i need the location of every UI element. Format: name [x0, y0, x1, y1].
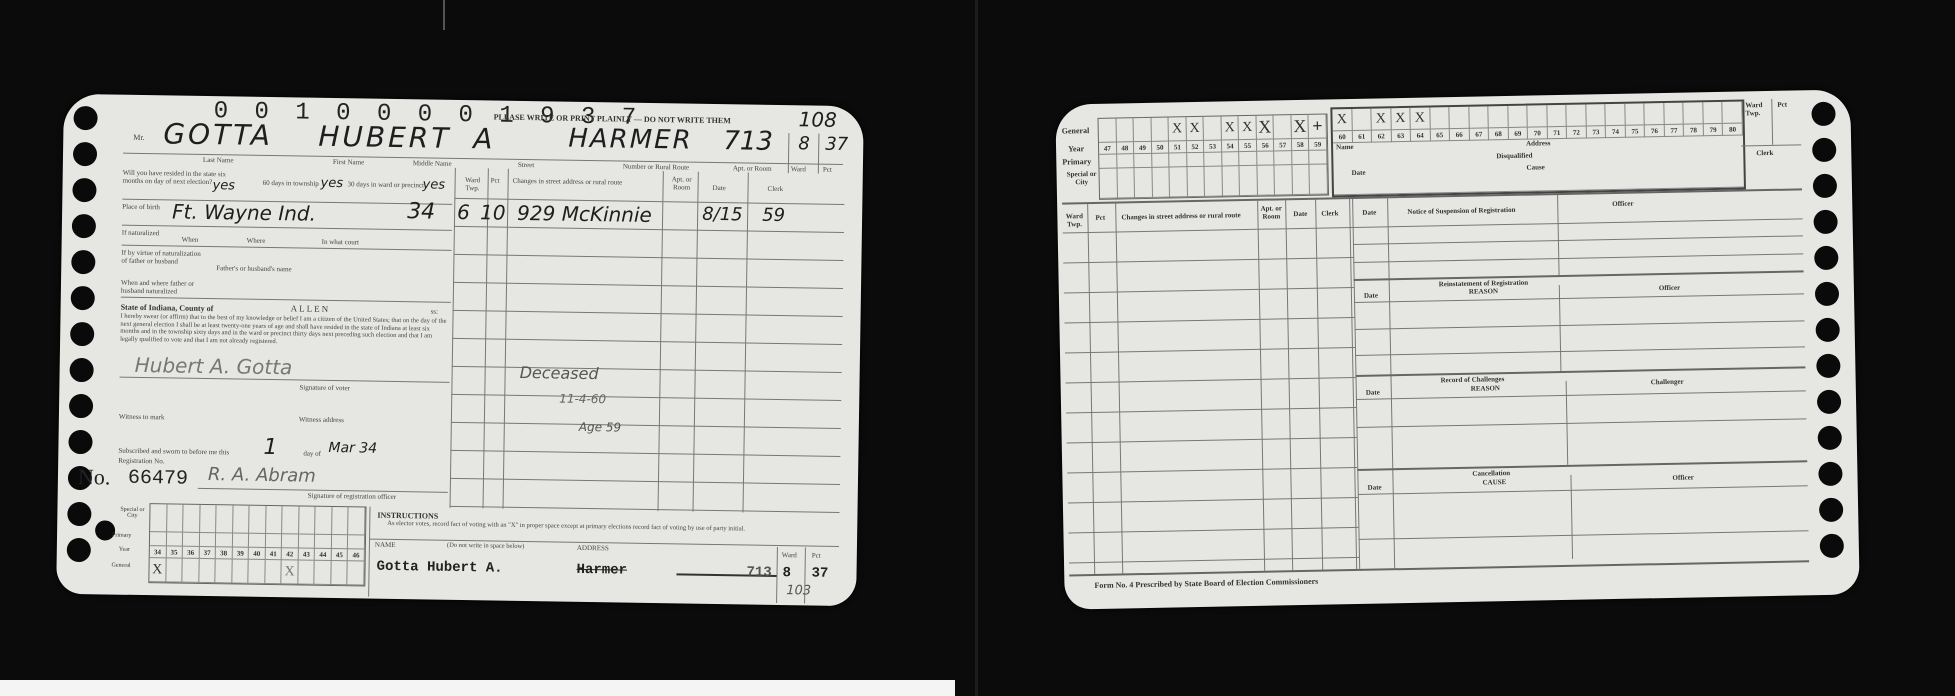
last-name: GOTTA [163, 117, 273, 152]
punch-hole [67, 538, 91, 562]
rule [1354, 270, 1804, 281]
rule [1357, 460, 1807, 471]
label-place-of-birth: Place of birth [122, 203, 162, 212]
year-cell: 54 [1222, 140, 1240, 152]
general-mark: X [1371, 108, 1391, 130]
label-address: Address [1526, 139, 1551, 147]
year-cell: 40 [249, 548, 266, 560]
rule [1355, 366, 1805, 377]
place-of-birth: Ft. Wayne Ind. [172, 199, 316, 225]
year-cell: 55 [1239, 140, 1257, 152]
punch-hole [68, 430, 92, 454]
rule [1741, 144, 1801, 146]
film-frame-divider [975, 0, 978, 696]
general-mark: X [1291, 115, 1309, 139]
punch-hole [67, 502, 91, 526]
year-cell: 50 [1152, 141, 1170, 153]
general-mark: X [1239, 116, 1257, 140]
typed-street: Harmer [576, 562, 627, 579]
label-witness-mark: Witness to mark [119, 413, 165, 422]
row-label-general: General [1062, 126, 1090, 136]
rule [1353, 253, 1803, 263]
col-header-clerk: Clerk [768, 185, 784, 193]
label-pct-bottom: Pct [812, 552, 821, 560]
rule [1285, 200, 1293, 570]
rule [453, 310, 843, 317]
row-label-general: General [112, 563, 131, 569]
rule [121, 297, 451, 303]
col-header-date: Date [1293, 210, 1307, 218]
rule [1353, 235, 1803, 245]
general-mark [1099, 119, 1117, 143]
year-cell: 66 [1450, 129, 1470, 141]
rule [1115, 204, 1123, 574]
rule [1358, 485, 1808, 495]
punch-hole [73, 106, 97, 130]
label-last-name: Last Name [203, 156, 234, 164]
cancellation-date-header: Date [1368, 483, 1382, 491]
label-court: In what court [322, 238, 359, 247]
year-cell: 60 [1333, 131, 1353, 143]
general-mark [1274, 115, 1292, 139]
year-cell: 75 [1626, 125, 1646, 137]
punch-hole [1811, 102, 1835, 126]
ward-value: 8 [798, 133, 810, 154]
general-mark [1116, 118, 1134, 142]
voting-grid-right: X X X X 60 61 62 63 64 65 66 67 68 69 70… [1330, 99, 1746, 197]
title-prefix: Mr. [133, 133, 144, 142]
street-name: HARMER [568, 124, 693, 156]
row-label-primary: Primary [112, 533, 131, 539]
punch-hole [72, 214, 96, 238]
general-mark: X [1186, 117, 1204, 141]
deceased-note: Deceased [520, 363, 599, 383]
rule [1355, 320, 1805, 330]
rule [451, 422, 841, 429]
label-ward-top: Ward Twp. [1745, 101, 1773, 118]
year-cell: 76 [1645, 125, 1665, 137]
rule [1355, 346, 1805, 356]
sworn-month-year: Mar 34 [328, 440, 377, 457]
registration-no-mark: No. [78, 464, 111, 491]
registration-card-front: 0 0 1 0 0 0 0 1 9 3 7 PLEASE WRITE OR PR… [56, 94, 864, 607]
year-cell: 35 [166, 546, 183, 558]
rule [1067, 437, 1357, 444]
year-cell: 71 [1547, 127, 1567, 139]
cancellation-cause-header: CAUSE [1482, 478, 1506, 486]
general-mark: X [1332, 109, 1352, 131]
year-cell: 62 [1372, 130, 1392, 142]
reinstatement-officer-header: Officer [1659, 284, 1681, 292]
rule [1257, 201, 1265, 571]
year-cell: 80 [1723, 123, 1743, 135]
rule [450, 478, 840, 485]
typed-ward: 8 [782, 565, 791, 581]
col-header-ward: Ward Twp. [1061, 212, 1087, 228]
general-mark: + [1309, 114, 1327, 138]
label-officer-signature: Signature of registration officer [308, 492, 396, 501]
suspension-date-header: Date [1362, 209, 1376, 217]
label-when: When [182, 236, 199, 244]
card-top-number: 108 [798, 107, 837, 132]
punch-hole [1815, 282, 1839, 306]
reinstatement-reason-header: REASON [1469, 287, 1498, 296]
age: 34 [407, 199, 435, 224]
instructions-text: As elector votes, record fact of voting … [387, 520, 807, 535]
rule [451, 394, 841, 401]
challenges-reason-header: REASON [1471, 384, 1500, 393]
punch-hole [1813, 210, 1837, 234]
label-date: Date [1352, 169, 1366, 177]
label-where: Where [247, 237, 266, 245]
year-cell: 41 [265, 548, 282, 560]
rule [450, 506, 840, 513]
row-label-primary: Primary [1062, 157, 1091, 167]
rule [1069, 557, 1359, 564]
col-header-pct: Pct [491, 176, 500, 184]
suspension-officer-header: Officer [1612, 200, 1634, 208]
punch-hole [70, 322, 94, 346]
rule [1356, 418, 1806, 428]
punch-hole [1816, 354, 1840, 378]
general-mark: X [1391, 108, 1411, 130]
general-mark [1204, 116, 1222, 140]
row-label-special: Special or City [1062, 170, 1100, 187]
year-cell: 69 [1508, 128, 1528, 140]
punch-hole [1817, 390, 1841, 414]
label-father-when-where: When and where father or husband natural… [121, 279, 211, 296]
cancellation-officer-header: Officer [1672, 473, 1694, 481]
punch-hole [71, 250, 95, 274]
rule [122, 225, 452, 231]
label-clerk-top: Clerk [1756, 149, 1773, 157]
punch-hole [1814, 246, 1838, 270]
punch-hole [69, 394, 93, 418]
suspension-title: Notice of Suspension of Registration [1407, 206, 1515, 216]
challenges-date-header: Date [1366, 389, 1380, 397]
year-cell: 36 [183, 547, 200, 559]
change-clerk: 59 [762, 205, 785, 226]
col-header-ward: Ward Twp. [458, 176, 486, 192]
label-sworn: Subscribed and sworn to before me this [118, 447, 229, 457]
voter-signature: Hubert A. Gotta [135, 353, 293, 379]
col-header-apt: Apt. or Room [1258, 204, 1284, 220]
first-name: HUBERT [318, 120, 452, 155]
middle-name: A [473, 122, 493, 155]
change-date: 8/15 [702, 204, 743, 226]
label-address: ADDRESS [577, 544, 609, 553]
age-note: Age 59 [579, 420, 622, 435]
challenges-title: Record of Challenges [1441, 375, 1505, 384]
punch-hole [69, 358, 93, 382]
general-mark [1151, 118, 1169, 142]
form-footer: Form No. 4 Prescribed by State Board of … [1094, 577, 1318, 590]
house-number: 713 [723, 126, 773, 157]
year-cell: 34 [150, 546, 167, 558]
officer-signature: R. A. Abram [208, 464, 316, 487]
year-cell: 58 [1292, 139, 1310, 151]
oath-ss: ss: [431, 308, 439, 316]
label-apt: Apt. or Room [733, 164, 772, 173]
label-ward: Ward [791, 165, 806, 173]
label-middle-name: Middle Name [413, 159, 452, 168]
punch-hole [1815, 318, 1839, 342]
year-cell: 39 [232, 547, 249, 559]
pct-value: 37 [825, 134, 848, 155]
rule [1065, 347, 1355, 354]
label-cause: Cause [1526, 163, 1544, 171]
year-cell: 79 [1704, 124, 1724, 136]
death-date-note: 11-4-60 [559, 392, 606, 407]
rule [818, 134, 820, 174]
punch-hole [1813, 174, 1837, 198]
rule [452, 366, 842, 373]
year-cell: 53 [1204, 140, 1222, 152]
year-cell: 77 [1665, 125, 1685, 137]
rule [1315, 200, 1323, 570]
rule [1068, 497, 1358, 504]
label-number: Number or Rural Route [623, 163, 689, 172]
rule [1557, 195, 1560, 275]
year-cell: 64 [1411, 129, 1431, 141]
typed-number: 713 [746, 565, 771, 581]
label-pct: Pct [823, 166, 832, 174]
label-first-name: First Name [333, 158, 364, 166]
rule [1570, 475, 1573, 559]
year-cell: 38 [216, 547, 233, 559]
year-cell: 65 [1430, 129, 1450, 141]
row-label-year: Year [1068, 144, 1084, 153]
year-cell: 59 [1309, 138, 1327, 150]
residence-township-answer: yes [320, 176, 343, 191]
label-pct-top: Pct [1777, 101, 1787, 109]
rule [1066, 377, 1356, 384]
rule [453, 282, 843, 289]
year-cell: 73 [1587, 126, 1607, 138]
rule [788, 133, 790, 173]
year-cell: 46 [348, 549, 365, 561]
rule [1068, 527, 1358, 534]
year-cell: 47 [1099, 143, 1117, 155]
oath-state-county: State of Indiana, County of [121, 303, 214, 313]
punch-hole [1820, 534, 1844, 558]
general-mark: X [282, 560, 299, 584]
registration-number: 66479 [128, 467, 188, 491]
label-voter-signature: Signature of voter [299, 383, 350, 392]
punch-hole [72, 178, 96, 202]
punch-hole [1812, 138, 1836, 162]
col-header-clerk: Clerk [1321, 209, 1338, 217]
general-mark: X [1169, 117, 1187, 141]
year-cell: 48 [1116, 142, 1134, 154]
rule [1353, 218, 1803, 228]
punch-hole [1819, 498, 1843, 522]
year-cell: 67 [1469, 128, 1489, 140]
year-cell: 44 [315, 549, 332, 561]
general-mark: X [149, 558, 166, 582]
label-naturalization-father: If by virtue of naturalization of father… [121, 249, 206, 266]
year-cell: 45 [332, 549, 349, 561]
label-naturalized: If naturalized [122, 229, 160, 238]
year-cell: 56 [1257, 139, 1275, 151]
voting-record-grid: 34 35 36 37 38 39 40 41 42 43 44 45 46 X… [148, 503, 366, 586]
label-disqualified: Disqualified [1496, 152, 1532, 161]
row-label-special: Special or City [115, 507, 149, 520]
label-ward-bottom: Ward [782, 551, 797, 559]
year-cell: 42 [282, 548, 299, 560]
col-header-date: Date [713, 184, 726, 192]
punch-hole [73, 142, 97, 166]
general-mark: X [1221, 116, 1239, 140]
label-name: NAME [375, 541, 396, 549]
rule [452, 338, 842, 345]
label-witness-address: Witness address [299, 415, 344, 424]
sworn-day: 1 [263, 435, 277, 460]
label-father-name: Father's or husband's name [216, 264, 292, 273]
rule [453, 254, 843, 261]
row-label-year: Year [119, 547, 130, 553]
rule [1067, 467, 1357, 474]
change-ward: 6 [457, 200, 470, 224]
punch-hole [1818, 426, 1842, 450]
general-mark: X [1256, 115, 1274, 139]
film-scratch [443, 0, 445, 30]
year-cell: 37 [199, 547, 216, 559]
rule [1066, 407, 1356, 414]
year-cell: 72 [1567, 126, 1587, 138]
rule [1087, 204, 1095, 574]
cancellation-title: Cancellation [1472, 469, 1510, 478]
col-header-apt: Apt. or Room [667, 175, 697, 191]
col-header-address: Changes in street address or rural route [513, 177, 623, 187]
voting-grid-left: X X X X X X + 47 48 49 50 51 52 53 54 55… [1097, 113, 1329, 199]
rule [1356, 390, 1806, 400]
label-name: Name [1336, 143, 1354, 151]
rule [1354, 293, 1804, 303]
handwritten-extra-number: 103 [786, 583, 811, 598]
label-registration-no: Registration No. [118, 457, 164, 466]
label-street: Street [518, 161, 534, 169]
year-cell: 49 [1134, 142, 1152, 154]
general-mark [1134, 118, 1152, 142]
col-header-pct: Pct [1095, 214, 1105, 222]
challenges-challenger-header: Challenger [1651, 378, 1684, 387]
punch-hole [71, 286, 95, 310]
rule [368, 507, 370, 597]
rule [1063, 227, 1353, 234]
year-cell: 74 [1606, 126, 1626, 138]
year-cell: 70 [1528, 127, 1548, 139]
year-cell: 61 [1352, 131, 1372, 143]
typed-pct: 37 [811, 566, 828, 582]
year-cell: 63 [1391, 130, 1411, 142]
year-cell: 51 [1169, 141, 1187, 153]
rule [1359, 530, 1809, 540]
year-cell: 52 [1187, 141, 1205, 153]
oath-text: I hereby swear (or affirm) that to the b… [120, 313, 450, 348]
rule [1064, 317, 1354, 324]
year-cell: 68 [1489, 128, 1509, 140]
general-mark: X [1410, 107, 1430, 129]
punch-hole [1818, 462, 1842, 486]
film-edge-strip [0, 680, 955, 696]
rule [1387, 198, 1395, 568]
reinstatement-date-header: Date [1364, 292, 1378, 300]
label-do-not-write: (Do not write in space below) [447, 542, 525, 550]
rule [450, 450, 840, 457]
registration-card-back: General Year Primary Special or City X X… [1055, 89, 1860, 609]
residence-ward-answer: yes [422, 177, 445, 192]
label-day-of: day of [303, 450, 321, 458]
col-header-address: Changes in street address or rural route [1121, 211, 1240, 221]
year-cell: 78 [1684, 124, 1704, 136]
rule [1064, 287, 1354, 294]
change-pct: 10 [480, 200, 506, 224]
rule [1069, 560, 1809, 576]
residence-state-answer: yes [212, 178, 235, 193]
oath-county: ALLEN [291, 303, 331, 314]
year-cell: 57 [1274, 139, 1292, 151]
typed-name: Gotta Hubert A. [376, 559, 502, 577]
year-cell: 43 [299, 548, 316, 560]
change-address: 929 McKinnie [517, 201, 652, 227]
rule [1063, 257, 1353, 264]
